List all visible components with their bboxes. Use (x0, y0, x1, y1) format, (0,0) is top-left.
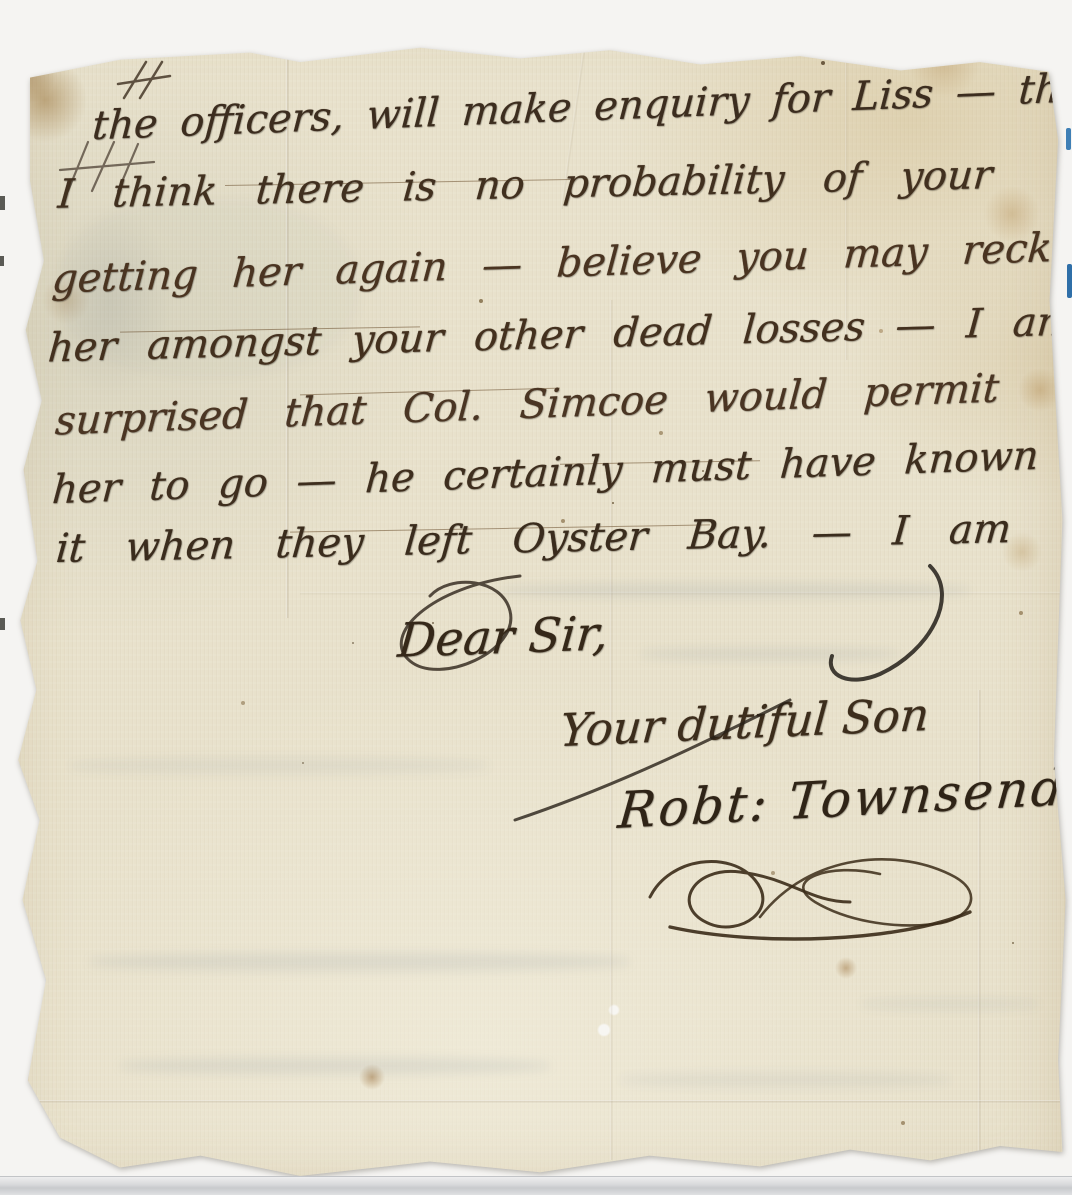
letter-closing: Your dutiful Son (558, 688, 931, 757)
scan-edge-artifact (0, 618, 5, 630)
show-through-line (860, 998, 1040, 1010)
show-through-line (70, 758, 490, 774)
letter-paper-sheet: the officers, will make enquiry for Liss… (0, 0, 1072, 1195)
ink-specks (0, 0, 2, 2)
letter-page-wrapper: the officers, will make enquiry for Liss… (0, 0, 1072, 1195)
show-through-line (500, 583, 970, 598)
letter-line-6: her to go — he certainly must have known (51, 433, 1041, 514)
signature-text: Robt: Townsend (616, 758, 1069, 840)
show-through-line (120, 1058, 550, 1074)
scan-edge-artifact (0, 196, 5, 210)
signature-flourish (640, 832, 980, 942)
stray-ink-mark (112, 58, 192, 103)
letter-line-5: surprised that Col. Simcoe would permit (54, 365, 1001, 444)
scan-edge-blue-artifact (1067, 264, 1072, 298)
fold-crease-horizontal-bottom (30, 1100, 1060, 1103)
letter-line-1: the officers, will make enquiry for Liss… (91, 65, 1072, 150)
show-through-line (640, 648, 900, 660)
letter-line-3: getting her again — believe you may reck… (51, 223, 1072, 302)
scanner-bed-strip (0, 1176, 1072, 1195)
fold-crease-horizontal-middle (300, 592, 1060, 595)
scan-edge-artifact (0, 256, 4, 266)
show-through-line (620, 1073, 950, 1087)
show-through-line (90, 953, 630, 971)
letter-line-7: it when they left Oyster Bay. — I am (54, 506, 1013, 572)
letter-line-2: I think there is no probability of your (56, 152, 994, 218)
letter-line-4: her amongst your other dead losses — I a… (46, 299, 1072, 372)
scan-edge-blue-artifact (1066, 128, 1071, 150)
letter-salutation: Dear Sir, (396, 606, 611, 669)
